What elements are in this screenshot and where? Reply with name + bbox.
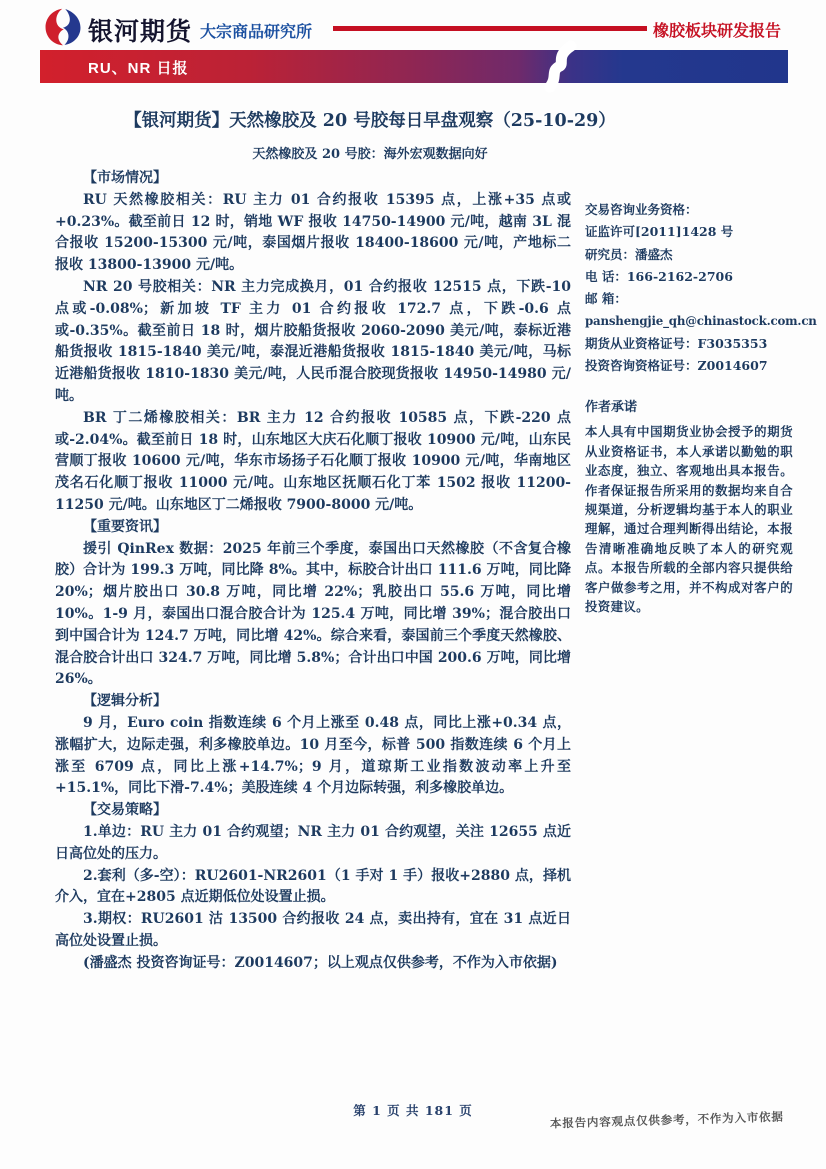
- daily-report-banner: RU、NR 日报: [40, 50, 788, 83]
- contact-email-label: 邮 箱：: [585, 288, 793, 310]
- department-name: 大宗商品研究所: [200, 19, 312, 42]
- main-text-column: 【市场情况】 RU 天然橡胶相关：RU 主力 01 合约报收 15395 点，上…: [55, 168, 571, 974]
- paragraph-author-note: (潘盛杰 投资咨询证号：Z0014607；以上观点仅供参考，不作为入市依据): [55, 953, 571, 975]
- paragraph-strategy-1: 1.单边：RU 主力 01 合约观望；NR 主力 01 合约观望，关注 1265…: [55, 822, 571, 866]
- contact-advisory-cert: 投资咨询资格证号：Z0014607: [585, 355, 793, 377]
- header-rule: [333, 26, 647, 31]
- paragraph-br: BR 丁二烯橡胶相关：BR 主力 12 合约报收 10585 点，下跌-220 …: [55, 408, 571, 517]
- document-title: 【银河期货】天然橡胶及 20 号胶每日早盘观察（25-10-29）: [40, 107, 700, 132]
- contact-license: 证监许可[2011]1428 号: [585, 221, 793, 243]
- paragraph-news: 援引 QinRex 数据：2025 年前三个季度，泰国出口天然橡胶（不含复合橡胶…: [55, 539, 571, 692]
- analyst-sidebar: 交易咨询业务资格： 证监许可[2011]1428 号 研究员：潘盛杰 电 话：1…: [585, 199, 793, 616]
- paragraph-logic: 9 月，Euro coin 指数连续 6 个月上涨至 0.48 点，同比上涨+0…: [55, 713, 571, 800]
- paragraph-nr: NR 20 号胶相关：NR 主力完成换月，01 合约报收 12515 点，下跌-…: [55, 277, 571, 408]
- contact-futures-cert: 期货从业资格证号：F3035353: [585, 333, 793, 355]
- section-heading-news: 【重要资讯】: [55, 517, 571, 539]
- contact-researcher: 研究员：潘盛杰: [585, 244, 793, 266]
- contact-email-address: panshengjie_qh@chinastock.com.cn: [585, 310, 793, 332]
- section-heading-logic: 【逻辑分析】: [55, 691, 571, 713]
- paragraph-strategy-3: 3.期权：RU2601 沽 13500 合约报收 24 点，卖出持有，宜在 31…: [55, 909, 571, 953]
- author-promise-text: 本人具有中国期货业协会授予的期货从业资格证书，本人承诺以勤勉的职业态度，独立、客…: [585, 422, 793, 616]
- section-heading-strategy: 【交易策略】: [55, 800, 571, 822]
- paragraph-strategy-2: 2.套利（多-空）：RU2601-NR2601（1 手对 1 手）报收+2880…: [55, 866, 571, 910]
- section-heading-market: 【市场情况】: [55, 168, 571, 190]
- banner-swoosh-icon: [538, 50, 584, 83]
- banner-title: RU、NR 日报: [88, 57, 189, 78]
- report-series-tag: 橡胶板块研发报告: [653, 18, 781, 41]
- contact-phone: 电 话：166-2162-2706: [585, 266, 793, 288]
- author-promise-heading: 作者承诺: [585, 397, 793, 419]
- report-page: 银河期货 大宗商品研究所 橡胶板块研发报告 RU、NR 日报 【银河期货】天然橡…: [0, 0, 826, 1169]
- galaxy-logo-icon: [44, 8, 82, 46]
- brand-name: 银河期货: [88, 12, 192, 48]
- document-subtitle: 天然橡胶及 20 号胶：海外宏观数据向好: [40, 143, 700, 162]
- contact-qualification: 交易咨询业务资格：: [585, 199, 793, 221]
- paragraph-ru: RU 天然橡胶相关：RU 主力 01 合约报收 15395 点，上涨+35 点或…: [55, 190, 571, 277]
